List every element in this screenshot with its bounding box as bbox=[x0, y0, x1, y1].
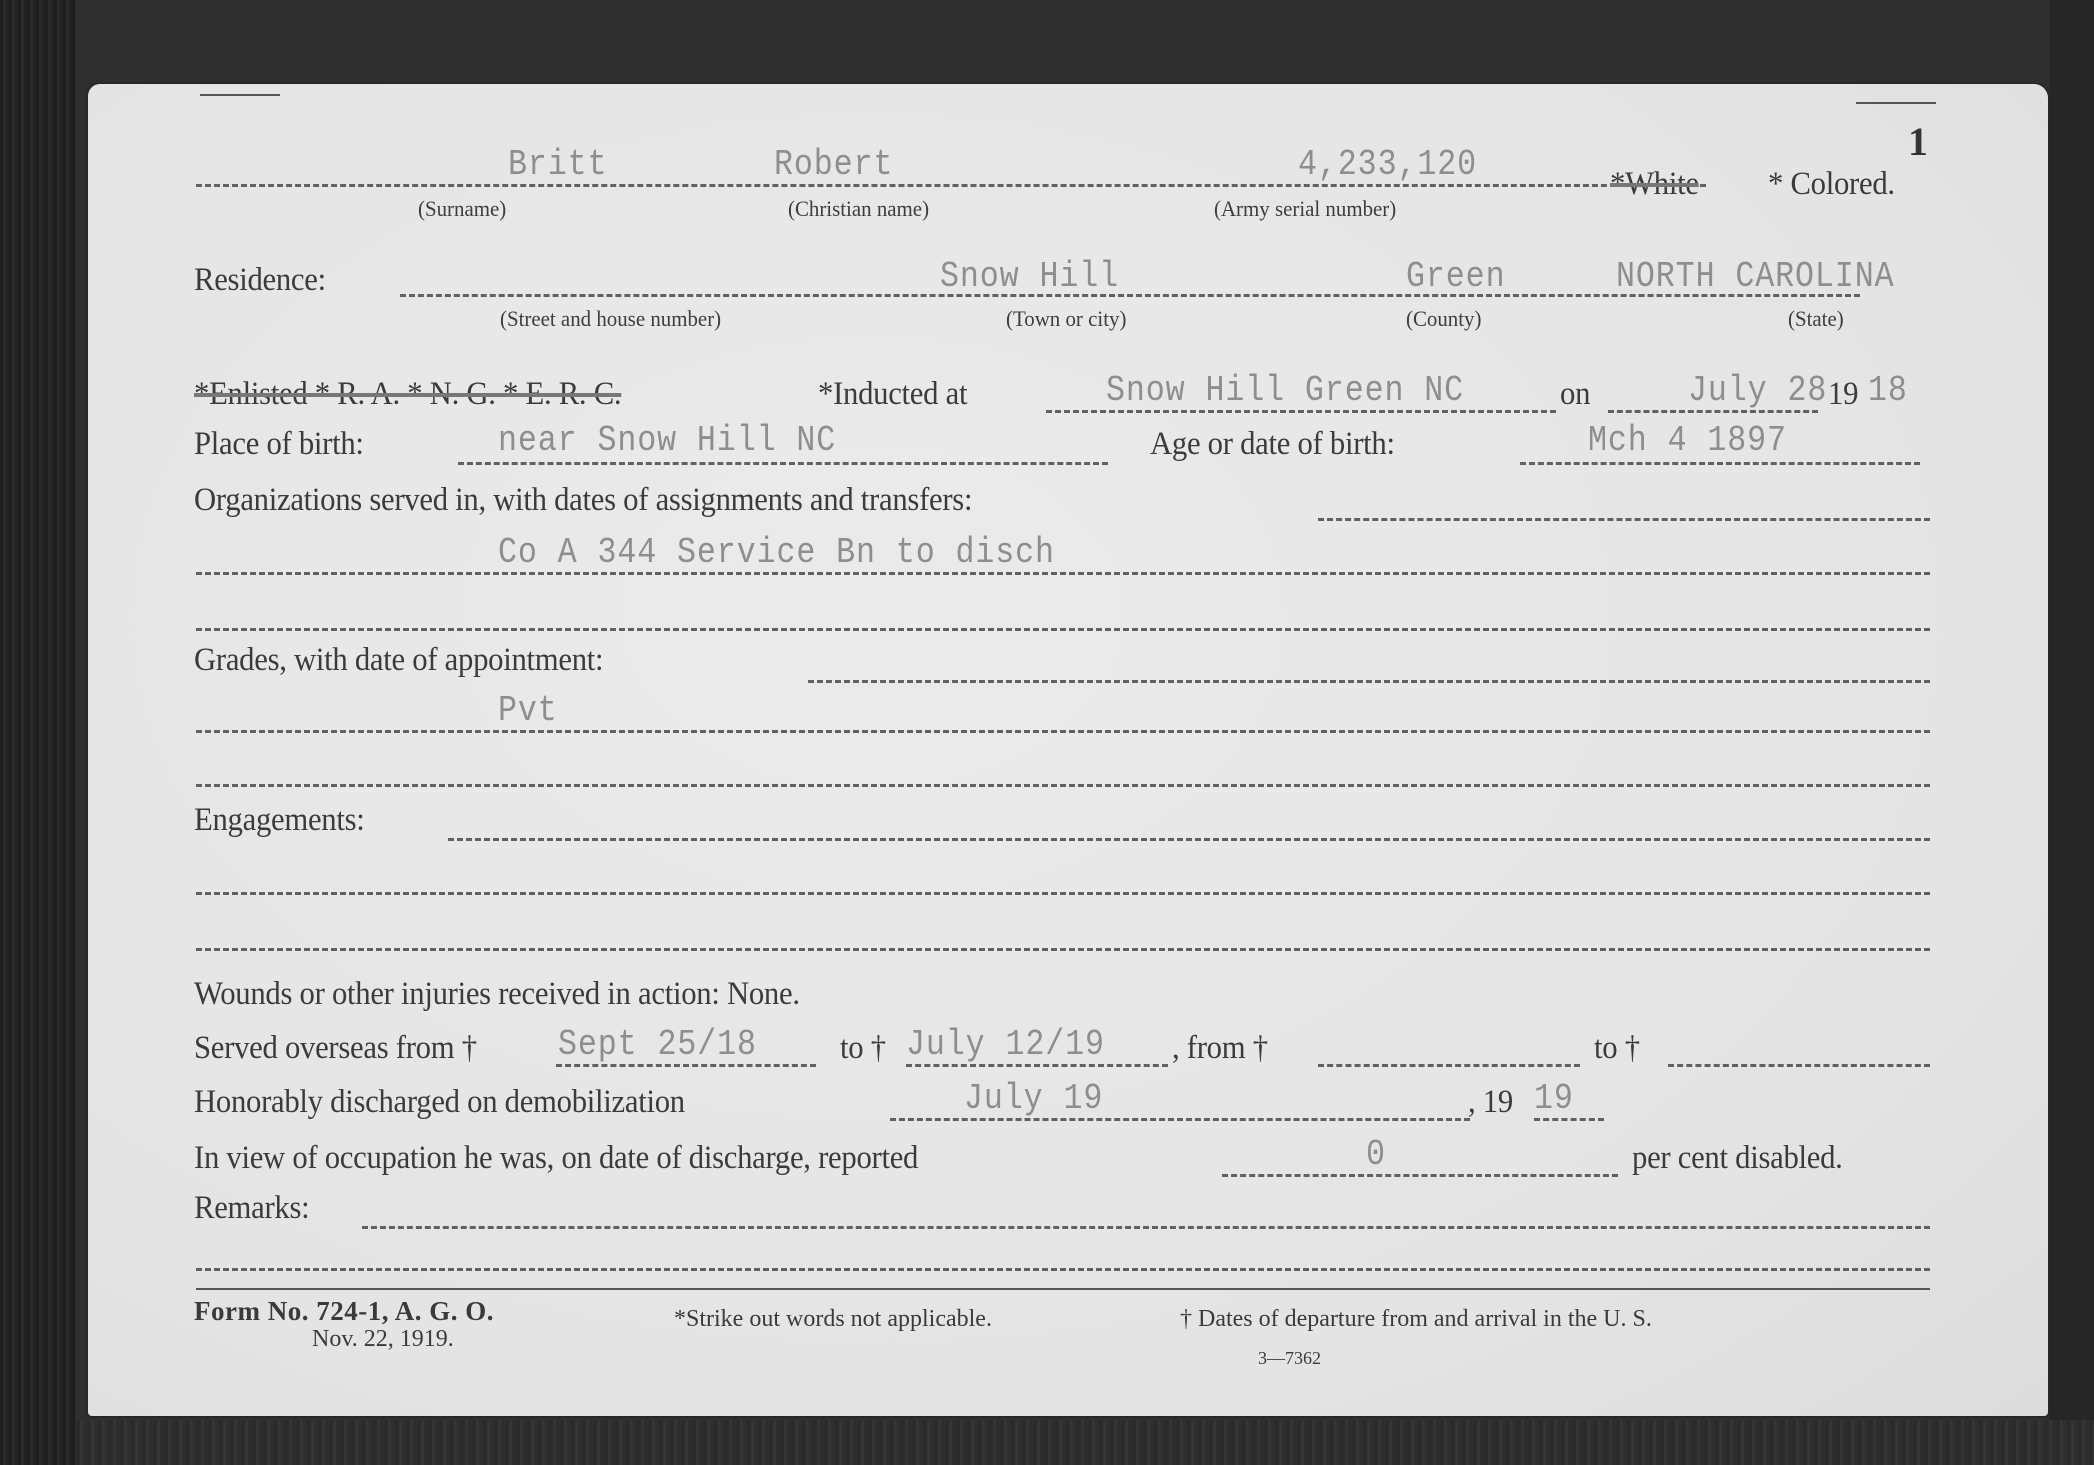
inducted-date: July 28 bbox=[1688, 370, 1827, 411]
overseas-to-label: to † bbox=[840, 1030, 886, 1067]
discharge-year-prefix: , 19 bbox=[1468, 1084, 1513, 1121]
engagements-label: Engagements: bbox=[194, 802, 365, 839]
place-of-birth-line bbox=[458, 462, 1108, 465]
residence-county: Green bbox=[1406, 256, 1505, 297]
grades-line-2 bbox=[196, 730, 1930, 733]
inducted-at-line bbox=[1046, 410, 1556, 413]
residence-line bbox=[400, 294, 1860, 297]
on-label: on bbox=[1560, 376, 1590, 413]
organizations-label: Organizations served in, with dates of a… bbox=[194, 482, 972, 519]
overseas-to-2-label: to † bbox=[1594, 1030, 1640, 1067]
overseas-label: Served overseas from † bbox=[194, 1030, 477, 1067]
date-of-birth-line bbox=[1520, 462, 1920, 465]
inducted-at-value: Snow Hill Green NC bbox=[1106, 370, 1464, 411]
place-of-birth-label: Place of birth: bbox=[194, 426, 364, 463]
year-prefix: 19 bbox=[1828, 376, 1858, 413]
remarks-line-1 bbox=[362, 1226, 1930, 1229]
overseas-from-1: Sept 25/18 bbox=[558, 1024, 757, 1065]
discharge-label: Honorably discharged on demobilization bbox=[194, 1084, 685, 1121]
background-bottom bbox=[76, 1420, 2094, 1465]
organizations-line-3 bbox=[196, 628, 1930, 631]
overseas-from-2-line bbox=[1318, 1064, 1580, 1067]
wounds-label: Wounds or other injuries received in act… bbox=[194, 976, 800, 1013]
serial-number-value: 4,233,120 bbox=[1298, 144, 1477, 185]
discharge-year-line bbox=[1534, 1118, 1604, 1121]
grades-line-1 bbox=[808, 680, 1930, 683]
service-record-card: 1 Britt Robert 4,233,120 *White * Colore… bbox=[88, 84, 2048, 1416]
disability-line bbox=[1222, 1174, 1618, 1177]
grades-label: Grades, with date of appointment: bbox=[194, 642, 603, 679]
print-code: 3—7362 bbox=[1258, 1348, 1321, 1369]
overseas-from-1-line bbox=[556, 1064, 816, 1067]
remarks-line-2 bbox=[196, 1268, 1930, 1271]
dates-note: † Dates of departure from and arrival in… bbox=[1180, 1306, 1652, 1333]
organization-entry: Co A 344 Service Bn to disch bbox=[498, 532, 1055, 573]
inducted-label: *Inducted at bbox=[818, 376, 967, 413]
strike-note: *Strike out words not applicable. bbox=[674, 1306, 992, 1333]
discharge-date: July 19 bbox=[964, 1078, 1103, 1119]
overseas-to-1-line bbox=[906, 1064, 1168, 1067]
serial-number-label: (Army serial number) bbox=[1214, 196, 1396, 222]
race-colored: * Colored. bbox=[1768, 166, 1895, 203]
background-right bbox=[2050, 0, 2094, 1465]
name-line bbox=[196, 184, 1706, 187]
inducted-date-line bbox=[1608, 410, 1818, 413]
county-label: (County) bbox=[1406, 306, 1481, 332]
grades-line-3 bbox=[196, 784, 1930, 787]
enlistment-options-struck: *Enlisted * R. A. * N. G. * E. R. C. bbox=[194, 376, 621, 413]
remarks-label: Remarks: bbox=[194, 1190, 309, 1227]
overseas-to-2-line bbox=[1668, 1064, 1930, 1067]
organizations-line-2 bbox=[196, 572, 1930, 575]
discharge-year: 19 bbox=[1534, 1078, 1574, 1119]
christian-name-value: Robert bbox=[774, 144, 893, 185]
engagements-line-3 bbox=[196, 948, 1930, 951]
engagements-line-2 bbox=[196, 892, 1930, 895]
binder-edge bbox=[0, 0, 76, 1465]
surname-value: Britt bbox=[508, 144, 607, 185]
form-number: Form No. 724-1, A. G. O. bbox=[194, 1296, 494, 1327]
engagements-line-1 bbox=[448, 838, 1930, 841]
state-label: (State) bbox=[1788, 306, 1844, 332]
disability-label: In view of occupation he was, on date of… bbox=[194, 1140, 918, 1177]
surname-label: (Surname) bbox=[418, 196, 506, 222]
disability-suffix: per cent disabled. bbox=[1632, 1140, 1843, 1177]
card-number: 1 bbox=[1908, 118, 1928, 165]
top-left-mark bbox=[200, 94, 280, 96]
overseas-from-2-label: , from † bbox=[1172, 1030, 1268, 1067]
footer-rule bbox=[196, 1288, 1930, 1290]
disability-percent: 0 bbox=[1366, 1134, 1386, 1175]
top-right-mark bbox=[1856, 102, 1936, 104]
street-label: (Street and house number) bbox=[500, 306, 721, 332]
date-of-birth-label: Age or date of birth: bbox=[1150, 426, 1395, 463]
grade-entry: Pvt bbox=[498, 690, 558, 731]
place-of-birth-value: near Snow Hill NC bbox=[498, 420, 836, 461]
inducted-year: 18 bbox=[1868, 370, 1908, 411]
christian-name-label: (Christian name) bbox=[788, 196, 929, 222]
residence-label: Residence: bbox=[194, 262, 326, 299]
residence-state: NORTH CAROLINA bbox=[1616, 256, 1894, 297]
residence-town: Snow Hill bbox=[940, 256, 1119, 297]
discharge-date-line bbox=[890, 1118, 1470, 1121]
race-white-struck: *White bbox=[1610, 166, 1699, 203]
date-of-birth-value: Mch 4 1897 bbox=[1588, 420, 1787, 461]
organizations-line-1 bbox=[1318, 518, 1930, 521]
form-date: Nov. 22, 1919. bbox=[312, 1326, 454, 1353]
town-label: (Town or city) bbox=[1006, 306, 1126, 332]
overseas-to-1: July 12/19 bbox=[906, 1024, 1105, 1065]
